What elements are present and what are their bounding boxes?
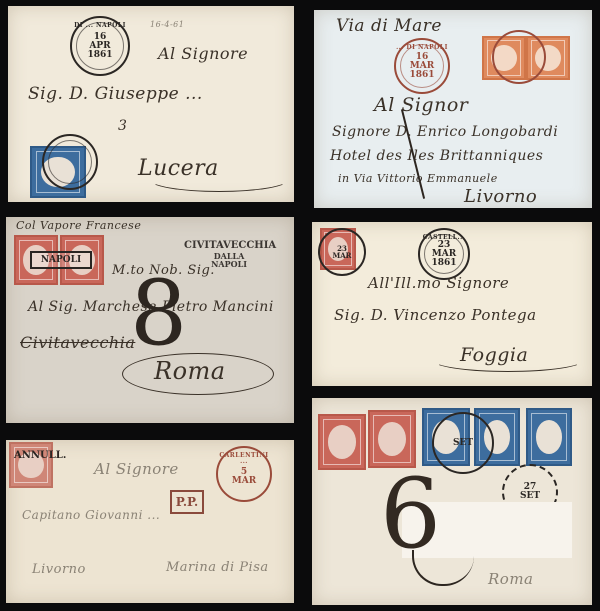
stamp-red xyxy=(9,442,53,488)
address-line-3: 3 xyxy=(118,118,127,134)
address-line-2: Capitano Giovanni ... xyxy=(22,508,160,522)
address-line-2: Sig. D. Giuseppe ... xyxy=(28,84,203,104)
pen-stroke xyxy=(412,550,474,586)
postmark-circle: DI ... NAPOLI 16 APR 1861 xyxy=(70,16,130,76)
underline-flourish xyxy=(432,348,584,372)
postmark-circle: CASTELL... 23 MAR 1861 xyxy=(418,228,470,280)
cover-4: 23 MAR CASTELL... 23 MAR 1861 All'Ill.mo… xyxy=(312,222,592,386)
pencil-note: 16-4-61 xyxy=(150,20,184,29)
routing-note: Via di Mare xyxy=(336,16,442,36)
boxed-cancel: NAPOLI xyxy=(30,251,92,269)
stamp-blue-3 xyxy=(526,408,572,466)
cover-2: Via di Mare ... DI NAPOLI 16 MAR 1861 Al… xyxy=(314,10,592,208)
address-city: Livorno xyxy=(464,186,537,207)
address-line-3: Civitavecchia xyxy=(20,333,135,352)
cover-3: Col Vapore Francese NAPOLI CIVITAVECCHIA… xyxy=(6,217,294,423)
cover-5: ANNULL. CARLENTINI ... 5 MAR P.P. Al Sig… xyxy=(6,440,294,603)
cover-1: DI ... NAPOLI 16 APR 1861 16-4-61 Al Sig… xyxy=(8,6,294,202)
cover-6: SET 27 SET 6 Roma xyxy=(312,398,592,605)
straight-line-cancel: ANNULL. xyxy=(14,450,66,461)
address-line-1: Al Signor xyxy=(374,94,468,116)
pp-box-mark: P.P. xyxy=(170,490,204,514)
stamp-cancel xyxy=(492,30,546,84)
address-line-3: Hotel des Iles Brittanniques xyxy=(330,148,543,164)
address-line-1: Al Signore xyxy=(158,44,248,63)
address-line-3: Livorno xyxy=(32,562,86,577)
address-line-1: All'Ill.mo Signore xyxy=(368,274,509,292)
postmark-circle: CARLENTINI ... 5 MAR xyxy=(216,446,272,502)
stamp-red-1 xyxy=(318,414,366,470)
stamp-cancel xyxy=(42,134,98,190)
address-line-2: Signore D. Enrico Longobardi xyxy=(332,124,558,140)
tax-mark: 8 xyxy=(130,261,188,366)
address-city: Marina di Pisa xyxy=(166,560,269,575)
address-line-2: Sig. D. Vincenzo Pontega xyxy=(334,306,537,324)
address-line-1: Al Signore xyxy=(94,460,179,478)
stamp-cancel: 23 MAR xyxy=(318,228,366,276)
underline-flourish xyxy=(148,166,290,192)
address-city: Roma xyxy=(488,570,534,588)
routing-note: Col Vapore Francese xyxy=(16,219,141,232)
postmark-circle: ... DI NAPOLI 16 MAR 1861 xyxy=(394,38,450,94)
